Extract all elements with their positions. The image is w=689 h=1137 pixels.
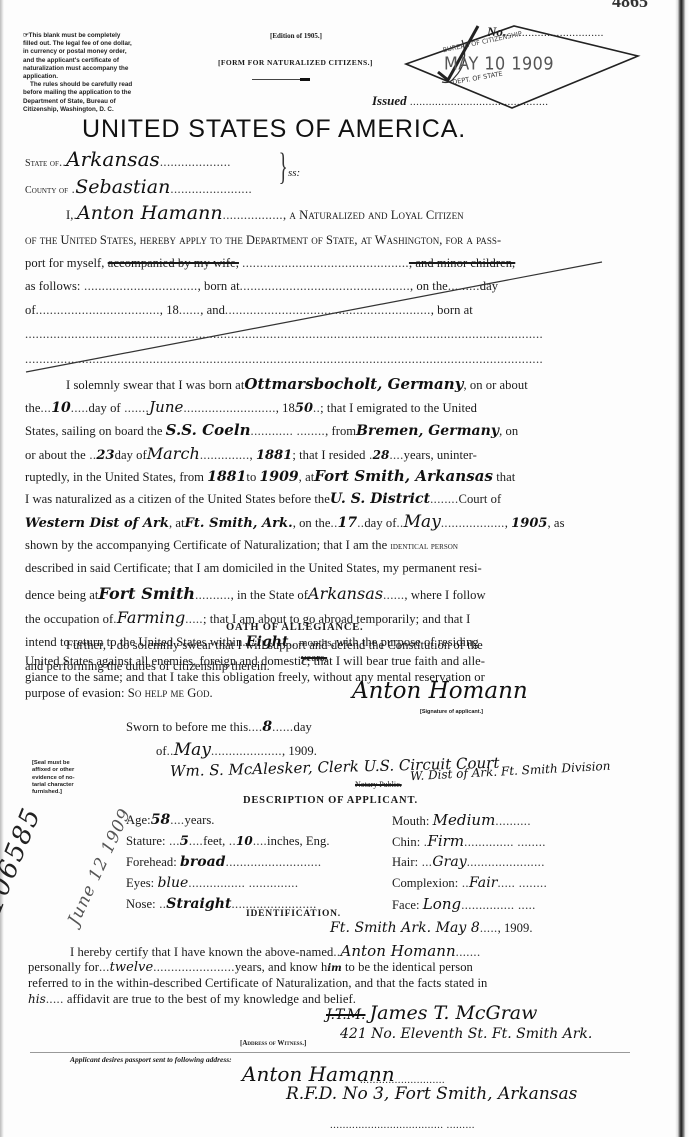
sworn-month: May [174, 740, 211, 760]
instructions-block: ☞This blank must be completely filled ou… [23, 32, 132, 114]
instruction-line: in currency or postal money order, [23, 48, 132, 56]
file-number: 4865 [612, 0, 648, 12]
age-value: 58 [151, 812, 171, 828]
naturalization-day: 17 [338, 515, 358, 531]
where-follow: , where I follow [404, 588, 485, 602]
at-label: , at [299, 470, 315, 484]
shown-by-line: shown by the accompanying Certificate of… [25, 538, 458, 554]
at-label-2: , at [169, 516, 185, 530]
document-title: UNITED STATES OF AMERICA. [82, 115, 466, 144]
form-type-rule-thick [300, 78, 310, 81]
naturalization-date-line: Western Dist of Ark, atFt. Smith, Ark., … [25, 515, 565, 531]
eyes-label: Eyes: [126, 876, 154, 890]
eyes-field: Eyes: blue................ .............… [126, 876, 298, 891]
referred-line: referred to in the within-described Cert… [28, 976, 487, 991]
age-field: Age:58....years. [126, 813, 215, 828]
complexion-label: Complexion: [392, 876, 458, 890]
residence-line: ruptedly, in the United States, from 188… [25, 469, 515, 485]
residence-from-year: 1881 [207, 469, 246, 485]
chin-field: Chin: .Firm.............. ........ [392, 834, 546, 850]
sworn-prefix: Sworn to before me this [126, 720, 248, 734]
forehead-field: Forehead: broad.........................… [126, 855, 321, 870]
from-label: , from [325, 424, 356, 438]
mailing-address: R.F.D. No 3, Fort Smith, Arkansas [286, 1084, 577, 1104]
mailing-address-blank: .................................... ...… [330, 1119, 475, 1131]
stature-inches: 10 [236, 834, 253, 848]
hair-label: Hair: [392, 855, 418, 869]
inches-label: inches, Eng. [267, 834, 330, 848]
court-of: Court of [459, 492, 502, 506]
instruction-line: ☞This blank must be completely [23, 32, 132, 40]
certify-line: I hereby certify that I have known the a… [70, 944, 481, 960]
so-help-me-god: So help me God. [128, 686, 213, 700]
occupation-label: the occupation of [25, 612, 113, 626]
personally-for: personally for [28, 960, 99, 974]
instruction-line: application. [23, 73, 132, 81]
county-label: County of [25, 185, 68, 196]
emigrated-text: ; that I emigrated to the United [320, 401, 477, 415]
seal-note-line: [Seal must be [32, 760, 75, 767]
venue-brace: } [279, 148, 288, 186]
seal-note-line: tarial character [32, 782, 75, 789]
ship-name: S.S. Coeln [166, 421, 251, 439]
feet-label: feet, [203, 834, 225, 848]
mouth-field: Mouth: Medium.......... [392, 813, 531, 829]
seal-note-line: evidence of no- [32, 775, 75, 782]
domicile-line: dence being atFort Smith.........., in t… [25, 586, 486, 603]
affidavit-text: affidavit are true to the best of my kno… [67, 992, 356, 1006]
face-label: Face: [392, 898, 420, 912]
to-label: to [246, 470, 256, 484]
county-value: Sebastian [75, 176, 170, 198]
scan-edge-left [0, 0, 4, 1137]
hair-field: Hair: ...Gray...................... [392, 855, 545, 870]
on-or-about: , on or about [463, 378, 527, 392]
birthplace: Ottmarsbocholt, Germany [244, 375, 463, 393]
court-place: Ft. Smith, Ark. [185, 516, 293, 531]
application-line-2: of the United States, hereby apply to th… [25, 233, 501, 248]
court-district: Western Dist of Ark [25, 516, 169, 531]
eyes-value: blue [157, 875, 188, 891]
form-type-rule [252, 79, 302, 80]
to-be-text: to be the identical person [345, 960, 473, 974]
described-line: described in said Certificate; that I am… [25, 561, 482, 576]
witness-struck-initials: J.T.M. [326, 1007, 366, 1023]
applicant-signature: Anton Homann [352, 678, 528, 704]
instruction-line: Department of State, Bureau of [23, 98, 132, 106]
years-resided: 28 [373, 448, 390, 462]
naturalized-line: I was naturalized as a citizen of the Un… [25, 492, 501, 507]
face-value: Long [423, 895, 461, 913]
naturalization-year: 1905 [511, 516, 547, 531]
departure-port: Bremen, Germany [356, 423, 499, 439]
instruction-line: before mailing the application to the [23, 89, 132, 97]
birth-line: I solemnly swear that I was born atOttma… [66, 377, 528, 393]
forehead-value: broad [180, 854, 226, 870]
description-heading: DESCRIPTION OF APPLICANT. [243, 795, 418, 806]
arrival-year: 1881 [256, 448, 292, 463]
margin-file-number: 106585 [0, 803, 47, 917]
applicant-line: I,.Anton Hamann................., a Natu… [66, 206, 464, 223]
scan-edge-right [675, 0, 689, 1137]
instruction-line: naturalization must accompany the [23, 65, 132, 73]
margin-date: June 12 1909 [64, 805, 136, 928]
identification-place: Ft. Smith Ark. May 8 [330, 920, 480, 936]
identical-person: identical person [391, 541, 458, 552]
sworn-year: , 1909. [282, 744, 317, 758]
in-state-of: , in the State of [231, 588, 308, 602]
stature-feet: 5 [180, 834, 189, 849]
court-name: U. S. District [330, 491, 430, 507]
that-label: that [496, 470, 515, 484]
sworn-day-suffix: day [293, 720, 311, 734]
residence-to-year: 1909 [260, 469, 299, 485]
purpose-of-evasion: purpose of evasion: [25, 686, 125, 700]
of-label-2: of [156, 744, 167, 758]
sworn-month-line: of..May...................., 1909. [156, 743, 317, 759]
address-of-witness-label: [Address of Witness.] [240, 1039, 306, 1047]
day-of-3: day of [364, 516, 396, 530]
known-name: Anton Homann [340, 942, 455, 960]
chin-value: Firm [427, 832, 464, 850]
personally-line: personally for...twelve.................… [28, 960, 473, 976]
residence-place: Fort Smith, Arkansas [314, 467, 493, 485]
known-years: twelve [110, 960, 154, 975]
birth-date-line: the...10.....day of .......June.........… [25, 400, 477, 416]
nose-value: Straight [166, 896, 231, 912]
about-the: or about the [25, 448, 86, 462]
birth-year: 50 [295, 401, 313, 416]
arrival-day: 23 [96, 448, 114, 463]
form-type-label: [FORM FOR NATURALIZED CITIZENS.] [218, 58, 373, 67]
naturalized-text: I was naturalized as a citizen of the Un… [25, 492, 330, 506]
allegiance-line-4: purpose of evasion: So help me God. [25, 686, 213, 701]
years-uninter: years, uninter- [404, 448, 477, 462]
domicile-city: Fort Smith [98, 584, 195, 603]
identification-year: , 1909. [498, 921, 533, 935]
signature-caption: [Signature of applicant.] [420, 709, 483, 715]
instruction-line: The rules should be carefully read [23, 81, 132, 89]
complexion-value: Fair [469, 875, 497, 891]
passport-application-page: 4865 ☞This blank must be completely fill… [0, 0, 689, 1137]
shown-by-text: shown by the accompanying Certificate of… [25, 538, 387, 552]
his-insert: his [28, 992, 46, 1006]
witness-signature-line: J.T.M. James T. McGraw [326, 1002, 537, 1024]
instruction-line: and the applicant's certificate of [23, 57, 132, 65]
born-at-text: I solemnly swear that I was born at [66, 378, 244, 392]
witness-address: 421 No. Eleventh St. Ft. Smith Ark. [340, 1026, 592, 1042]
citizen-text: , a Naturalized and Loyal Citizen [283, 208, 464, 222]
state-value: Arkansas [66, 147, 160, 171]
age-suffix: years. [184, 813, 214, 827]
seal-note: [Seal must be affixed or other evidence … [32, 760, 75, 796]
day-of-2: day of [115, 448, 147, 462]
seal-note-line: affixed or other [32, 767, 75, 774]
seal-note-line: furnished.] [32, 789, 75, 796]
arrival-line: or about the ..23day ofMarch............… [25, 446, 477, 463]
years-know: years, and know h [235, 960, 327, 974]
forehead-label: Forehead: [126, 855, 177, 869]
naturalization-month: May [404, 512, 441, 532]
ss-label: ss: [288, 167, 300, 179]
sworn-line: Sworn to before me this....8......day [126, 720, 312, 735]
mailing-divider [30, 1052, 630, 1053]
strike-through-line [22, 258, 622, 378]
resided-text: ; that I resided [292, 448, 365, 462]
allegiance-line-2: United States against all enemies, forei… [25, 654, 485, 669]
allegiance-line-1: Further, I do solemnly swear that I will… [66, 638, 483, 653]
state-label: State of [25, 158, 59, 169]
certify-text: I hereby certify that I have known the a… [70, 945, 333, 959]
identification-place-date: Ft. Smith Ark. May 8....., 1909. [330, 921, 533, 936]
on-the-2: , on the [293, 516, 331, 530]
him-insert: im [327, 963, 341, 974]
year-prefix: , 18 [276, 401, 295, 415]
mouth-label: Mouth: [392, 814, 429, 828]
ruptedly-text: ruptedly, in the United States, from [25, 470, 204, 484]
birth-month: June [149, 398, 183, 416]
arrival-month: March [147, 444, 200, 463]
nose-label: Nose: [126, 897, 156, 911]
applicant-name: Anton Hamann [77, 202, 223, 224]
complexion-field: Complexion: ..Fair..... ........ [392, 876, 547, 891]
allegiance-heading: OATH OF ALLEGIANCE. [226, 622, 363, 633]
sworn-day: 8 [262, 719, 272, 735]
state-field: State of..Arkansas.................... [25, 152, 231, 171]
stature-label: Stature: [126, 834, 166, 848]
witness-signature: James T. McGraw [370, 1002, 538, 1024]
domicile-state: Arkansas [308, 584, 383, 603]
chin-label: Chin: [392, 835, 420, 849]
edition-label: [Edition of 1905.] [270, 32, 322, 40]
instruction-line: Citizenship, Washington, D. C. [23, 106, 132, 114]
notary-public-struck: Notary Public. [355, 780, 402, 789]
affidavit-line: his..... affidavit are true to the best … [28, 992, 356, 1007]
ship-line: States, sailing on board the S.S. Coeln.… [25, 423, 518, 439]
stature-field: Stature: ...5....feet, ..10....inches, E… [126, 834, 330, 849]
hair-value: Gray [432, 854, 466, 870]
on-label: , on [499, 424, 518, 438]
county-field: County of .Sebastian....................… [25, 180, 252, 198]
birth-day: 10 [51, 400, 71, 416]
sailing-text: States, sailing on board the [25, 424, 162, 438]
dence-being-at: dence being at [25, 588, 98, 602]
mouth-value: Medium [433, 811, 496, 829]
as-label: , as [548, 516, 565, 530]
day-of: day of [89, 401, 121, 415]
identification-heading: IDENTIFICATION. [246, 909, 341, 919]
instruction-line: filled out. The legal fee of one dollar, [23, 40, 132, 48]
face-field: Face: Long............... ..... [392, 897, 536, 913]
mailing-label: Applicant desires passport sent to follo… [70, 1055, 232, 1064]
occupation-value: Farming [117, 608, 185, 627]
the-label: the [25, 401, 41, 415]
